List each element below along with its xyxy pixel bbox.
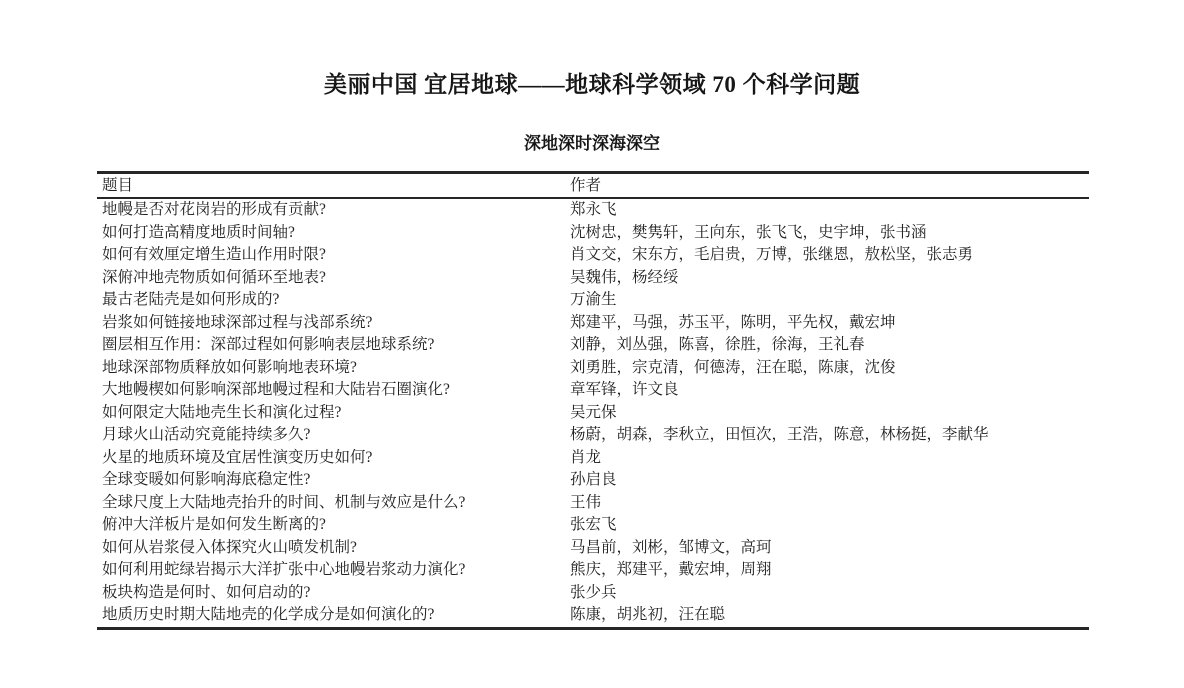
table-row: 深俯冲地壳物质如何循环至地表? 吴魏伟，杨经绥 bbox=[97, 267, 1089, 290]
table-header: 题目 作者 bbox=[97, 173, 1089, 199]
authors-cell: 陈康，胡兆初，汪在聪 bbox=[565, 604, 1089, 628]
table-row: 如何打造高精度地质时间轴? 沈树忠，樊隽轩，王向东，张飞飞，史宇坤，张书涵 bbox=[97, 222, 1089, 245]
authors-cell: 马昌前，刘彬，邹博文，高珂 bbox=[565, 537, 1089, 560]
question-cell: 地质历史时期大陆地壳的化学成分是如何演化的? bbox=[97, 604, 565, 628]
table-row: 地幔是否对花岗岩的形成有贡献? 郑永飞 bbox=[97, 198, 1089, 222]
authors-cell: 郑永飞 bbox=[565, 198, 1089, 222]
table-row: 岩浆如何链接地球深部过程与浅部系统? 郑建平，马强，苏玉平，陈明，平先权，戴宏坤 bbox=[97, 312, 1089, 335]
document-page: 美丽中国 宜居地球——地球科学领域 70 个科学问题 深地深时深海深空 题目 作… bbox=[0, 0, 1184, 688]
questions-table-container: 题目 作者 地幔是否对花岗岩的形成有贡献? 郑永飞 如何打造高精度地质时间轴? … bbox=[97, 171, 1089, 630]
authors-cell: 肖文交，宋东方，毛启贵，万博，张继恩，敖松坚，张志勇 bbox=[565, 244, 1089, 267]
authors-cell: 刘勇胜，宗克清，何德涛，汪在聪，陈康，沈俊 bbox=[565, 357, 1089, 380]
question-cell: 俯冲大洋板片是如何发生断离的? bbox=[97, 514, 565, 537]
table-body: 地幔是否对花岗岩的形成有贡献? 郑永飞 如何打造高精度地质时间轴? 沈树忠，樊隽… bbox=[97, 198, 1089, 628]
table-row: 圈层相互作用：深部过程如何影响表层地球系统? 刘静，刘丛强，陈喜，徐胜，徐海，王… bbox=[97, 334, 1089, 357]
authors-cell: 章军锋，许文良 bbox=[565, 379, 1089, 402]
question-cell: 圈层相互作用：深部过程如何影响表层地球系统? bbox=[97, 334, 565, 357]
table-row: 最古老陆壳是如何形成的? 万渝生 bbox=[97, 289, 1089, 312]
table-row: 俯冲大洋板片是如何发生断离的? 张宏飞 bbox=[97, 514, 1089, 537]
question-cell: 地球深部物质释放如何影响地表环境? bbox=[97, 357, 565, 380]
question-cell: 如何打造高精度地质时间轴? bbox=[97, 222, 565, 245]
authors-cell: 孙启良 bbox=[565, 469, 1089, 492]
question-cell: 地幔是否对花岗岩的形成有贡献? bbox=[97, 198, 565, 222]
table-row: 全球变暖如何影响海底稳定性? 孙启良 bbox=[97, 469, 1089, 492]
authors-cell: 杨蔚，胡森，李秋立，田恒次，王浩，陈意，林杨挺，李献华 bbox=[565, 424, 1089, 447]
table-row: 如何有效厘定增生造山作用时限? 肖文交，宋东方，毛启贵，万博，张继恩，敖松坚，张… bbox=[97, 244, 1089, 267]
question-cell: 最古老陆壳是如何形成的? bbox=[97, 289, 565, 312]
authors-cell: 沈树忠，樊隽轩，王向东，张飞飞，史宇坤，张书涵 bbox=[565, 222, 1089, 245]
authors-cell: 刘静，刘丛强，陈喜，徐胜，徐海，王礼春 bbox=[565, 334, 1089, 357]
authors-cell: 郑建平，马强，苏玉平，陈明，平先权，戴宏坤 bbox=[565, 312, 1089, 335]
table-row: 火星的地质环境及宜居性演变历史如何? 肖龙 bbox=[97, 447, 1089, 470]
table-row: 如何限定大陆地壳生长和演化过程? 吴元保 bbox=[97, 402, 1089, 425]
table-row: 地质历史时期大陆地壳的化学成分是如何演化的? 陈康，胡兆初，汪在聪 bbox=[97, 604, 1089, 628]
question-cell: 如何限定大陆地壳生长和演化过程? bbox=[97, 402, 565, 425]
question-cell: 如何利用蛇绿岩揭示大洋扩张中心地幔岩浆动力演化? bbox=[97, 559, 565, 582]
question-cell: 火星的地质环境及宜居性演变历史如何? bbox=[97, 447, 565, 470]
authors-cell: 张宏飞 bbox=[565, 514, 1089, 537]
authors-cell: 熊庆，郑建平，戴宏坤，周翔 bbox=[565, 559, 1089, 582]
authors-cell: 张少兵 bbox=[565, 582, 1089, 605]
table-row: 大地幔楔如何影响深部地幔过程和大陆岩石圈演化? 章军锋，许文良 bbox=[97, 379, 1089, 402]
table-row: 板块构造是何时、如何启动的? 张少兵 bbox=[97, 582, 1089, 605]
header-authors-column: 作者 bbox=[565, 173, 1089, 199]
question-cell: 如何从岩浆侵入体探究火山喷发机制? bbox=[97, 537, 565, 560]
authors-cell: 吴魏伟，杨经绥 bbox=[565, 267, 1089, 290]
authors-cell: 肖龙 bbox=[565, 447, 1089, 470]
question-cell: 全球变暖如何影响海底稳定性? bbox=[97, 469, 565, 492]
table-row: 全球尺度上大陆地壳抬升的时间、机制与效应是什么? 王伟 bbox=[97, 492, 1089, 515]
table-row: 地球深部物质释放如何影响地表环境? 刘勇胜，宗克清，何德涛，汪在聪，陈康，沈俊 bbox=[97, 357, 1089, 380]
header-question-column: 题目 bbox=[97, 173, 565, 199]
table-row: 如何利用蛇绿岩揭示大洋扩张中心地幔岩浆动力演化? 熊庆，郑建平，戴宏坤，周翔 bbox=[97, 559, 1089, 582]
authors-cell: 吴元保 bbox=[565, 402, 1089, 425]
authors-cell: 王伟 bbox=[565, 492, 1089, 515]
page-title: 美丽中国 宜居地球——地球科学领域 70 个科学问题 bbox=[0, 66, 1184, 99]
question-cell: 全球尺度上大陆地壳抬升的时间、机制与效应是什么? bbox=[97, 492, 565, 515]
questions-table: 题目 作者 地幔是否对花岗岩的形成有贡献? 郑永飞 如何打造高精度地质时间轴? … bbox=[97, 171, 1089, 630]
question-cell: 深俯冲地壳物质如何循环至地表? bbox=[97, 267, 565, 290]
question-cell: 岩浆如何链接地球深部过程与浅部系统? bbox=[97, 312, 565, 335]
page-subtitle: 深地深时深海深空 bbox=[0, 129, 1184, 154]
question-cell: 如何有效厘定增生造山作用时限? bbox=[97, 244, 565, 267]
question-cell: 月球火山活动究竟能持续多久? bbox=[97, 424, 565, 447]
table-row: 月球火山活动究竟能持续多久? 杨蔚，胡森，李秋立，田恒次，王浩，陈意，林杨挺，李… bbox=[97, 424, 1089, 447]
table-row: 如何从岩浆侵入体探究火山喷发机制? 马昌前，刘彬，邹博文，高珂 bbox=[97, 537, 1089, 560]
question-cell: 板块构造是何时、如何启动的? bbox=[97, 582, 565, 605]
question-cell: 大地幔楔如何影响深部地幔过程和大陆岩石圈演化? bbox=[97, 379, 565, 402]
authors-cell: 万渝生 bbox=[565, 289, 1089, 312]
table-header-row: 题目 作者 bbox=[97, 173, 1089, 199]
